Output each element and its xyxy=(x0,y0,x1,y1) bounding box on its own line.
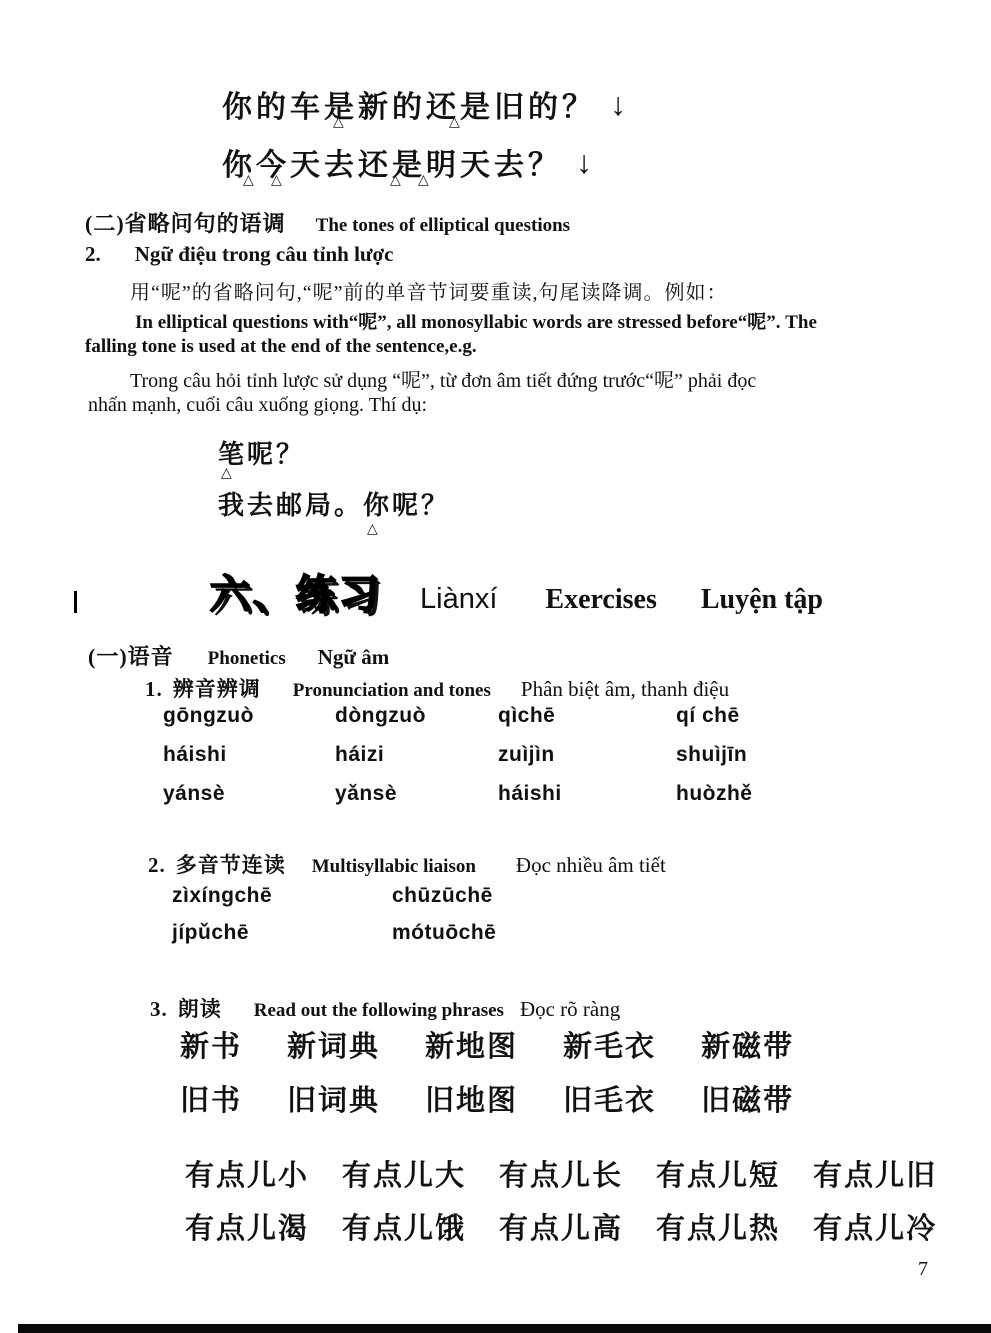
section-heading-en: The tones of elliptical questions xyxy=(316,215,570,236)
item-2-number: 2. xyxy=(85,242,101,266)
phrase: 旧毛衣 xyxy=(563,1078,656,1119)
pinyin-item: shuìjīn xyxy=(676,743,753,767)
page-number: 7 xyxy=(918,1258,928,1281)
pinyin-item: yánsè xyxy=(163,782,335,806)
pinyin-item: háizi xyxy=(335,743,498,767)
exercises-title-en: Exercises xyxy=(545,584,656,615)
phrase: 有点儿旧 xyxy=(813,1153,937,1194)
example-sentence-1: 你的车是新的还是旧的？↓ xyxy=(222,82,626,126)
paragraph-vi-line1: Trong câu hỏi tỉnh lược sử dụng “呢”, từ … xyxy=(130,364,756,393)
phrase: 有点儿高 xyxy=(499,1206,623,1247)
pinyin-item: háishi xyxy=(498,782,676,806)
exercise-1-heading: 1. 辨音辨调 Pronunciation and tones Phân biệ… xyxy=(145,673,729,703)
stress-triangle: △ xyxy=(449,114,460,131)
exercise-3-number: 3. xyxy=(150,997,168,1021)
phrase: 有点儿短 xyxy=(656,1153,780,1194)
textbook-page: 你的车是新的还是旧的？↓ △ △ 你今天去还是明天去？↓ △ △ △ △ (二)… xyxy=(0,0,991,1333)
stress-triangle: △ xyxy=(243,172,254,189)
phrase: 旧磁带 xyxy=(701,1078,794,1119)
example-post-office: 我去邮局。你呢？ xyxy=(218,485,450,522)
exercise-3-heading: 3. 朗读 Read out the following phrases Đọc… xyxy=(150,993,620,1023)
phrase: 新词典 xyxy=(287,1024,380,1065)
phrase: 有点儿长 xyxy=(499,1153,623,1194)
exercise-1-title-zh: 辨音辨调 xyxy=(173,677,261,701)
phonetics-heading-vi: Ngữ âm xyxy=(318,645,390,669)
phrase: 有点儿大 xyxy=(342,1153,466,1194)
stress-triangle: △ xyxy=(418,172,429,189)
phrase: 有点儿渴 xyxy=(185,1206,309,1247)
pinyin-item: huòzhě xyxy=(676,782,753,806)
exercise-1-title-en: Pronunciation and tones xyxy=(293,680,491,701)
stress-triangle: △ xyxy=(221,465,232,482)
stress-triangle: △ xyxy=(367,521,378,538)
stress-triangle: △ xyxy=(333,114,344,131)
exercises-title-pinyin: Liànxí xyxy=(420,583,497,615)
exercise-2-number: 2. xyxy=(148,853,166,877)
phrase: 有点儿冷 xyxy=(813,1206,937,1247)
exercise-1-number: 1. xyxy=(145,677,163,701)
paragraph-en-line1: In elliptical questions with“呢”, all mon… xyxy=(135,307,817,334)
exercise-2-title-vi: Đọc nhiều âm tiết xyxy=(516,853,666,877)
exercise-3-title-zh: 朗读 xyxy=(178,997,222,1021)
item-2-heading: 2. Ngữ điệu trong câu tỉnh lược xyxy=(85,242,393,267)
paragraph-zh: 用“呢”的省略问句,“呢”前的单音节词要重读,句尾读降调。例如： xyxy=(130,276,728,305)
exercise-2-title-en: Multisyllabic liaison xyxy=(312,856,476,877)
stress-triangle: △ xyxy=(390,172,401,189)
pinyin-item: dòngzuò xyxy=(335,704,498,728)
falling-tone-arrow: ↓ xyxy=(610,86,626,123)
phonetics-heading-row: (一)语音 Phonetics Ngữ âm xyxy=(88,640,389,671)
phrase: 旧地图 xyxy=(425,1078,518,1119)
pinyin-item: háishi xyxy=(163,743,335,767)
pinyin-item: qí chē xyxy=(676,704,753,728)
phrase-row-new: 新书 新词典 新地图 新毛衣 新磁带 xyxy=(180,1024,794,1065)
phrase: 有点儿热 xyxy=(656,1206,780,1247)
exercises-title-zh: 六、练习 xyxy=(210,572,382,617)
pinyin-item: jípǔchē xyxy=(172,921,392,945)
phrase-row-adjectives-2: 有点儿渴 有点儿饿 有点儿高 有点儿热 有点儿冷 xyxy=(185,1206,937,1247)
pinyin-item: gōngzuò xyxy=(163,704,335,728)
exercises-title-vi: Luyện tập xyxy=(701,584,823,615)
pinyin-item: yǎnsè xyxy=(335,782,498,806)
exercise-3-title-vi: Đọc rõ ràng xyxy=(520,997,620,1021)
exercise-1-title-vi: Phân biệt âm, thanh điệu xyxy=(521,677,729,701)
exercises-header: 六、练习 Liànxí Exercises Luyện tập xyxy=(210,563,823,620)
paragraph-vi-line2: nhấn mạnh, cuối câu xuống giọng. Thí dụ: xyxy=(88,394,427,417)
pinyin-item: mótuōchē xyxy=(392,921,496,945)
scan-edge-bar xyxy=(18,1324,991,1333)
item-2-title-vi: Ngữ điệu trong câu tỉnh lược xyxy=(135,242,394,266)
paragraph-en-line2: falling tone is used at the end of the s… xyxy=(85,336,477,358)
phrase: 新毛衣 xyxy=(563,1024,656,1065)
pinyin-item: qìchē xyxy=(498,704,676,728)
youdianr-phrase-block: 有点儿小 有点儿大 有点儿长 有点儿短 有点儿旧 有点儿渴 有点儿饿 有点儿高 … xyxy=(185,1153,937,1247)
falling-tone-arrow: ↓ xyxy=(576,144,592,181)
phrase: 新磁带 xyxy=(701,1024,794,1065)
stress-triangle: △ xyxy=(271,172,282,189)
pinyin-item: chūzūchē xyxy=(392,884,496,908)
phonetics-heading-zh: (一)语音 xyxy=(88,644,174,669)
new-old-phrase-block: 新书 新词典 新地图 新毛衣 新磁带 旧书 旧词典 旧地图 旧毛衣 旧磁带 xyxy=(180,1024,794,1119)
phrase: 旧词典 xyxy=(287,1078,380,1119)
liaison-drill-grid: zìxíngchē chūzūchē jípǔchē mótuōchē xyxy=(172,884,496,945)
exercise-2-title-zh: 多音节连读 xyxy=(176,853,286,877)
phrase: 有点儿饿 xyxy=(342,1206,466,1247)
phrase-row-old: 旧书 旧词典 旧地图 旧毛衣 旧磁带 xyxy=(180,1078,794,1119)
pinyin-drill-grid: gōngzuò dòngzuò qìchē qí chē háishi háiz… xyxy=(163,704,753,806)
phrase: 新书 xyxy=(180,1024,242,1065)
pinyin-item: zuìjìn xyxy=(498,743,676,767)
section-heading-row: (二)省略问句的语调 The tones of elliptical quest… xyxy=(85,207,570,238)
pinyin-item: zìxíngchē xyxy=(172,884,392,908)
phrase: 有点儿小 xyxy=(185,1153,309,1194)
exercise-3-title-en: Read out the following phrases xyxy=(254,1000,504,1021)
phrase: 旧书 xyxy=(180,1078,242,1119)
phrase-row-adjectives-1: 有点儿小 有点儿大 有点儿长 有点儿短 有点儿旧 xyxy=(185,1153,937,1194)
section-heading-zh: (二)省略问句的语调 xyxy=(85,211,286,236)
exercise-2-heading: 2. 多音节连读 Multisyllabic liaison Đọc nhiều… xyxy=(148,849,666,879)
scan-margin-tick xyxy=(74,591,77,613)
phrase: 新地图 xyxy=(425,1024,518,1065)
phonetics-heading-en: Phonetics xyxy=(208,648,286,669)
example-sentence-1-text: 你的车是新的还是旧的？ xyxy=(222,91,596,124)
